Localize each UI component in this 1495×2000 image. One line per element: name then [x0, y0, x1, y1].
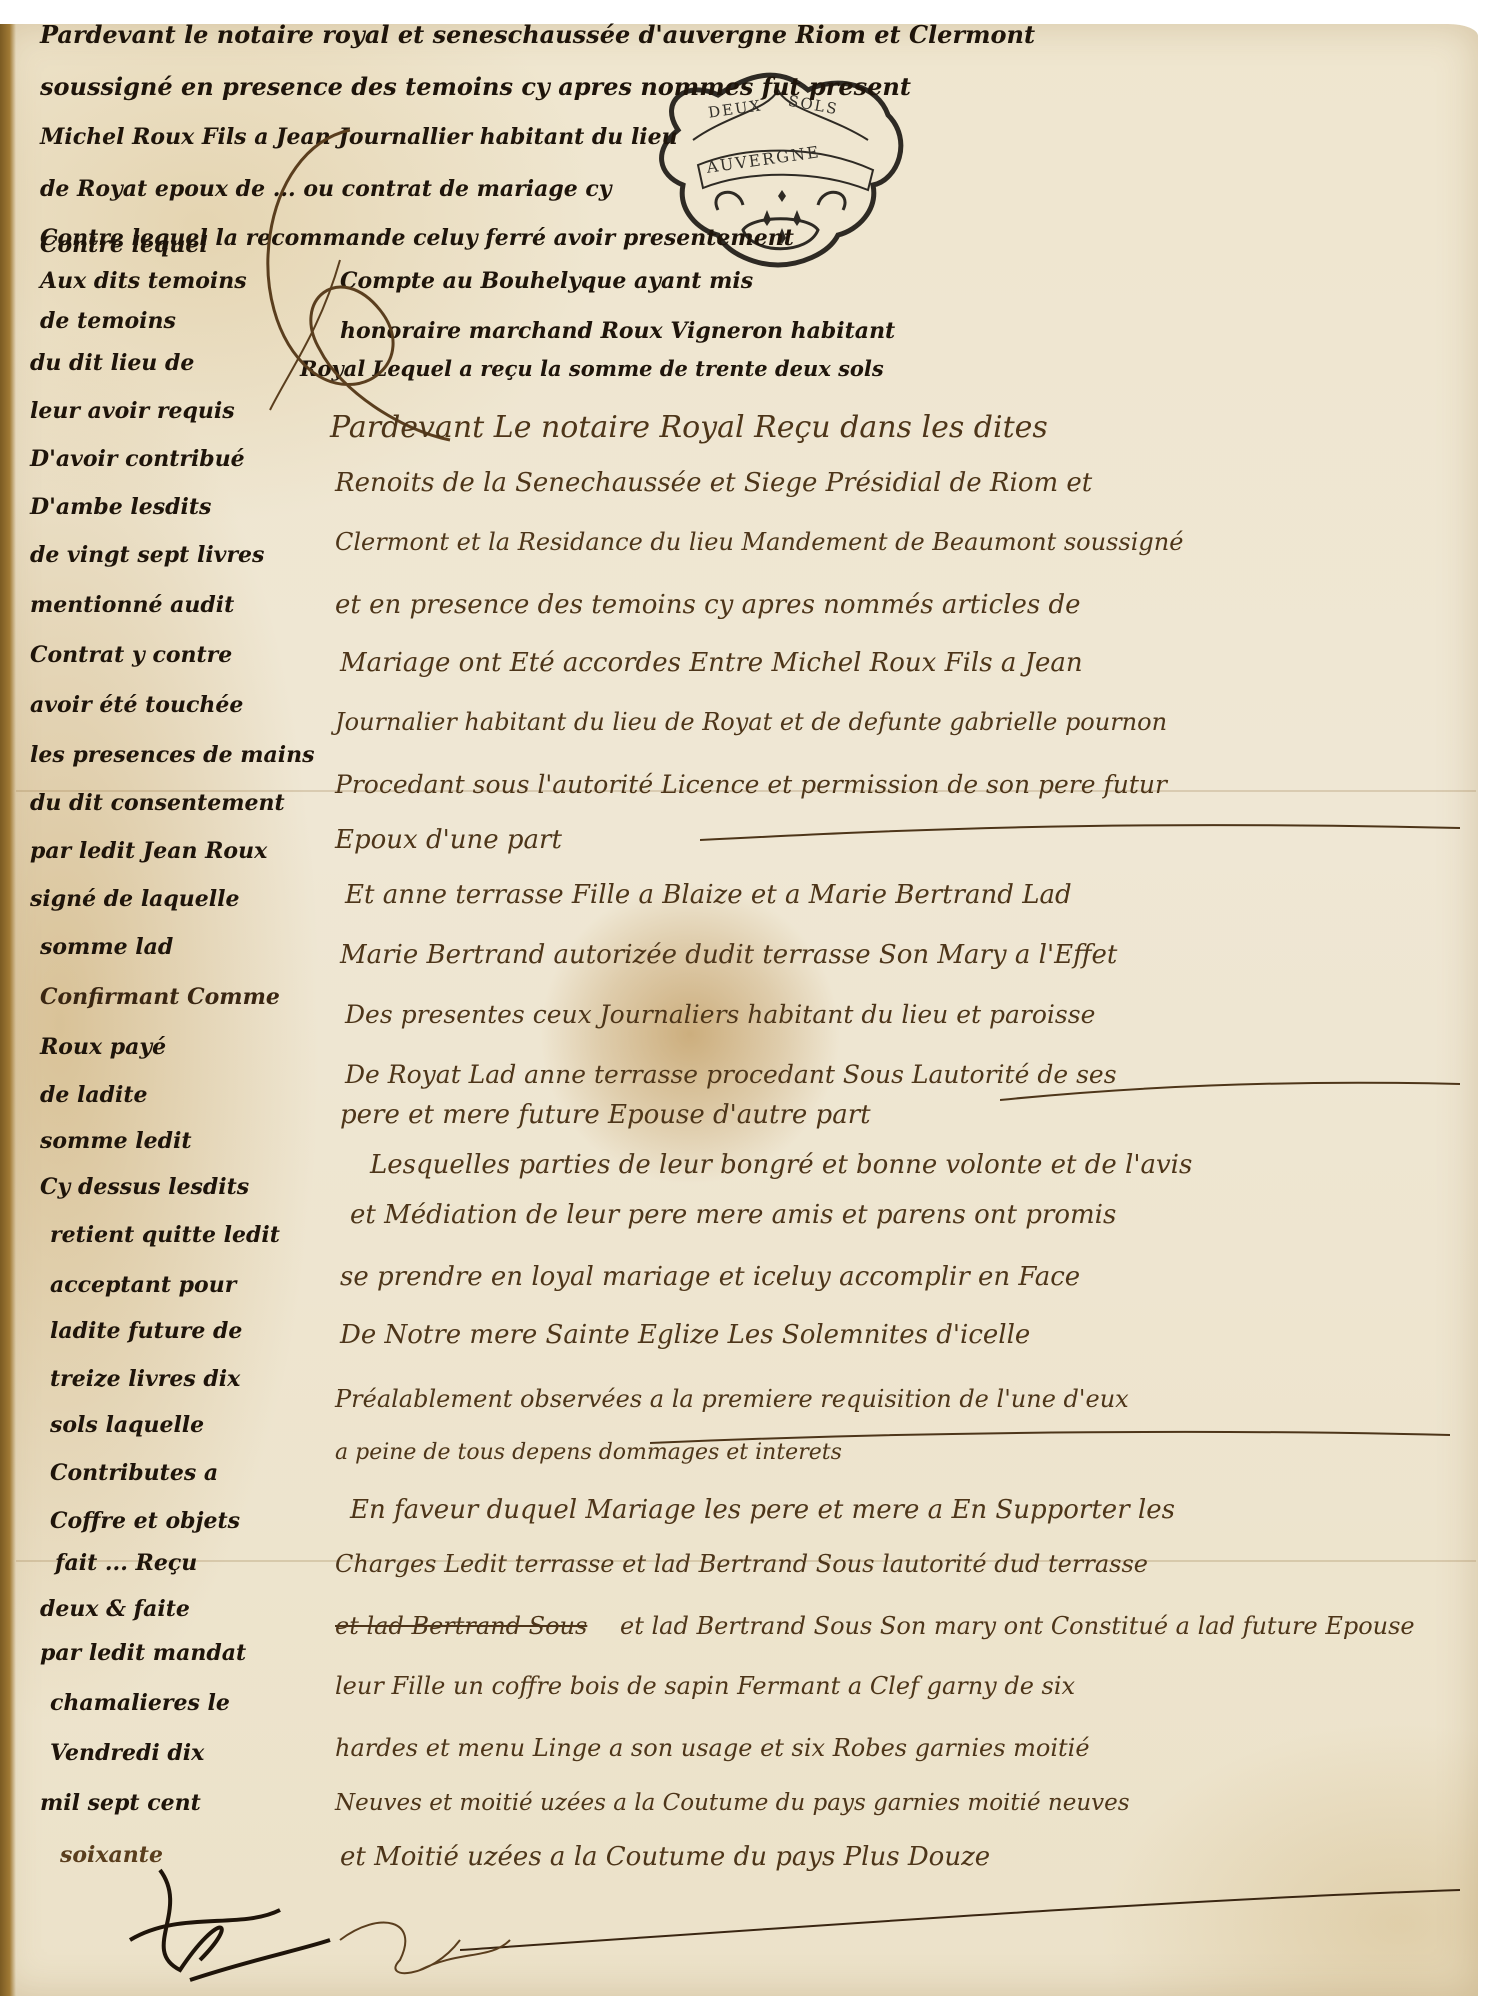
binding-edge — [0, 24, 16, 1996]
margin-line: de temoins — [40, 308, 176, 334]
margin-line: avoir été touchée — [30, 692, 243, 718]
margin-line: treize livres dix — [50, 1366, 240, 1392]
margin-line: par ledit Jean Roux — [30, 838, 267, 864]
body-line: Marie Bertrand autorizée dudit terrasse … — [340, 940, 1117, 970]
margin-line: retient quitte ledit — [50, 1222, 280, 1248]
body-line: Charges Ledit terrasse et lad Bertrand S… — [335, 1550, 1148, 1578]
body-line: et Moitié uzées a la Coutume du pays Plu… — [340, 1842, 990, 1872]
struck-text: et lad Bertrand Sous — [335, 1612, 587, 1640]
body-line: Pardevant Le notaire Royal Reçu dans les… — [330, 410, 1048, 445]
body-line: Et anne terrasse Fille a Blaize et a Mar… — [345, 880, 1072, 910]
body-line: En faveur duquel Mariage les pere et mer… — [350, 1495, 1175, 1525]
body-line: et Médiation de leur pere mere amis et p… — [350, 1200, 1116, 1230]
margin-line: acceptant pour — [50, 1272, 236, 1298]
margin-line: fait ... Reçu — [55, 1550, 197, 1576]
margin-line: deux & faite — [40, 1596, 190, 1622]
margin-line: par ledit mandat — [40, 1640, 246, 1666]
margin-line: somme ledit — [40, 1128, 192, 1154]
margin-line: Contre lequel — [40, 232, 208, 258]
margin-line: Contrat y contre — [30, 642, 232, 668]
body-line: Lesquelles parties de leur bongré et bon… — [370, 1150, 1192, 1180]
margin-line: sols laquelle — [50, 1412, 204, 1438]
closing-rule — [1000, 1080, 1460, 1110]
margin-line: mentionné audit — [30, 592, 234, 618]
body-line: et en presence des temoins cy apres nomm… — [335, 590, 1080, 620]
body-line: De Notre mere Sainte Eglize Les Solemnit… — [340, 1320, 1030, 1350]
top-line: Pardevant le notaire royal et seneschaus… — [40, 20, 1035, 49]
margin-line: de ladite — [40, 1082, 148, 1108]
margin-line: Vendredi dix — [50, 1740, 204, 1766]
body-line: Mariage ont Eté accordes Entre Michel Ro… — [340, 648, 1083, 678]
body-line: Procedant sous l'autorité Licence et per… — [335, 770, 1167, 799]
margin-line: du dit consentement — [30, 790, 285, 816]
closing-rule — [460, 1880, 1460, 1960]
body-line: pere et mere future Epouse d'autre part — [340, 1100, 871, 1130]
body-line: se prendre en loyal mariage et iceluy ac… — [340, 1262, 1080, 1292]
margin-line: Coffre et objets — [50, 1508, 240, 1534]
closing-rule — [700, 820, 1460, 850]
body-line: hardes et menu Linge a son usage et six … — [335, 1734, 1090, 1762]
paraph-signature-icon — [100, 1850, 340, 1990]
margin-line: D'avoir contribué — [30, 446, 245, 472]
body-line: Neuves et moitié uzées a la Coutume du p… — [335, 1790, 1130, 1816]
top-line: soussigné en presence des temoins cy apr… — [40, 72, 911, 101]
margin-line: leur avoir requis — [30, 398, 235, 424]
margin-line: Roux payé — [40, 1034, 166, 1060]
margin-line: chamalieres le — [50, 1690, 230, 1716]
body-line: Journalier habitant du lieu de Royat et … — [335, 708, 1167, 736]
margin-line: Contributes a — [50, 1460, 218, 1486]
margin-line: les presences de mains — [30, 742, 315, 768]
margin-line: de vingt sept livres — [30, 542, 264, 568]
margin-line: Cy dessus lesdits — [40, 1174, 249, 1200]
margin-line: Confirmant Comme — [40, 984, 280, 1010]
margin-line: du dit lieu de — [30, 350, 194, 376]
body-line: et lad Bertrand Sous Son mary ont Consti… — [620, 1612, 1415, 1640]
margin-line: signé de laquelle — [30, 886, 240, 912]
paraph-signature-icon — [320, 1900, 520, 1990]
margin-line: mil sept cent — [40, 1790, 201, 1816]
body-line: Préalablement observées a la premiere re… — [335, 1385, 1129, 1413]
body-line: leur Fille un coffre bois de sapin Ferma… — [335, 1672, 1075, 1700]
margin-line: somme lad — [40, 934, 173, 960]
margin-line: ladite future de — [50, 1318, 242, 1344]
body-line: et lad Bertrand Sous — [335, 1612, 587, 1640]
body-line: Clermont et la Residance du lieu Mandeme… — [335, 528, 1183, 556]
body-line: Renoits de la Senechaussée et Siege Prés… — [335, 468, 1092, 498]
closing-rule — [650, 1425, 1450, 1455]
margin-line: D'ambe lesdits — [30, 494, 211, 520]
margin-line: Aux dits temoins — [40, 268, 247, 294]
body-line: Epoux d'une part — [335, 825, 562, 855]
body-line: Des presentes ceux Journaliers habitant … — [345, 1000, 1095, 1029]
